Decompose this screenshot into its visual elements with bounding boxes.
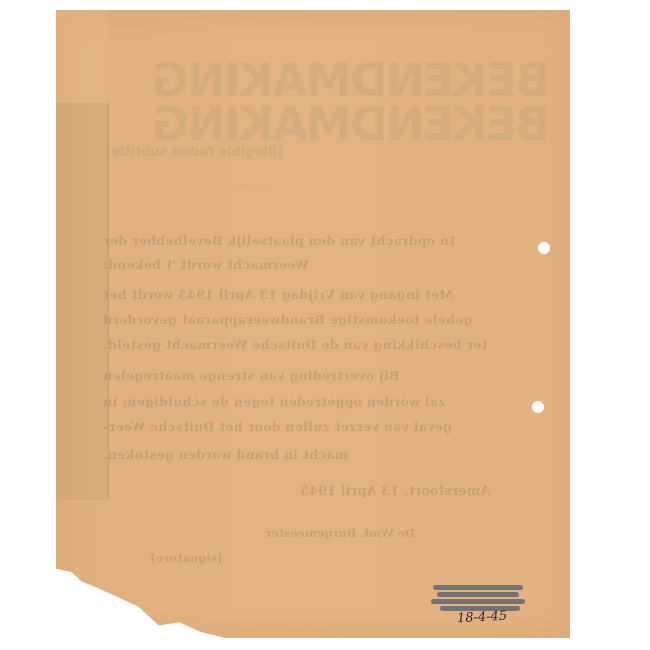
body-line: Weermacht wordt 't bekend:: [103, 257, 309, 272]
dateline: Amersfoort, 13 April 1945: [300, 484, 490, 499]
body-line: macht in brand worden gestoken.: [103, 447, 348, 462]
header-title: BEKENDMAKING BEKENDMAKING: [90, 58, 550, 146]
body-line: geval van verzet zullen door het Duitsch…: [103, 419, 452, 434]
body-line: In opdracht van den plaatselijk Bevelheb…: [103, 233, 455, 248]
handwritten-date: 18-4-45: [457, 609, 508, 627]
redaction-mark: [437, 592, 519, 597]
tape-strip: [56, 103, 109, 500]
punch-hole-top: [538, 242, 550, 254]
redaction-mark: [433, 585, 523, 590]
body-line: gehele toekomstige Brandweerapparaat gev…: [103, 312, 472, 327]
header-title-line: BEKENDMAKING: [90, 58, 550, 102]
body-line: Bij overtreding van strenge maatregelen: [103, 368, 400, 383]
redaction-mark: [431, 599, 525, 604]
signature: [signature]: [150, 551, 223, 565]
body-line: Met ingang van Vrijdag 13 April 1945 wor…: [103, 287, 453, 302]
header-rule: —————: [235, 180, 275, 189]
body-line: ter beschikking van de Duitsche Weermach…: [103, 337, 487, 352]
body-line: zal worden opgetreden tegen de schuldige…: [103, 394, 445, 409]
punch-hole-bottom: [532, 401, 544, 413]
signature-title: De Wnd. Burgemeester: [265, 526, 415, 540]
header-subtitle: [illegible faded subtitle]: [105, 145, 283, 160]
header-title-line: BEKENDMAKING: [90, 102, 550, 146]
